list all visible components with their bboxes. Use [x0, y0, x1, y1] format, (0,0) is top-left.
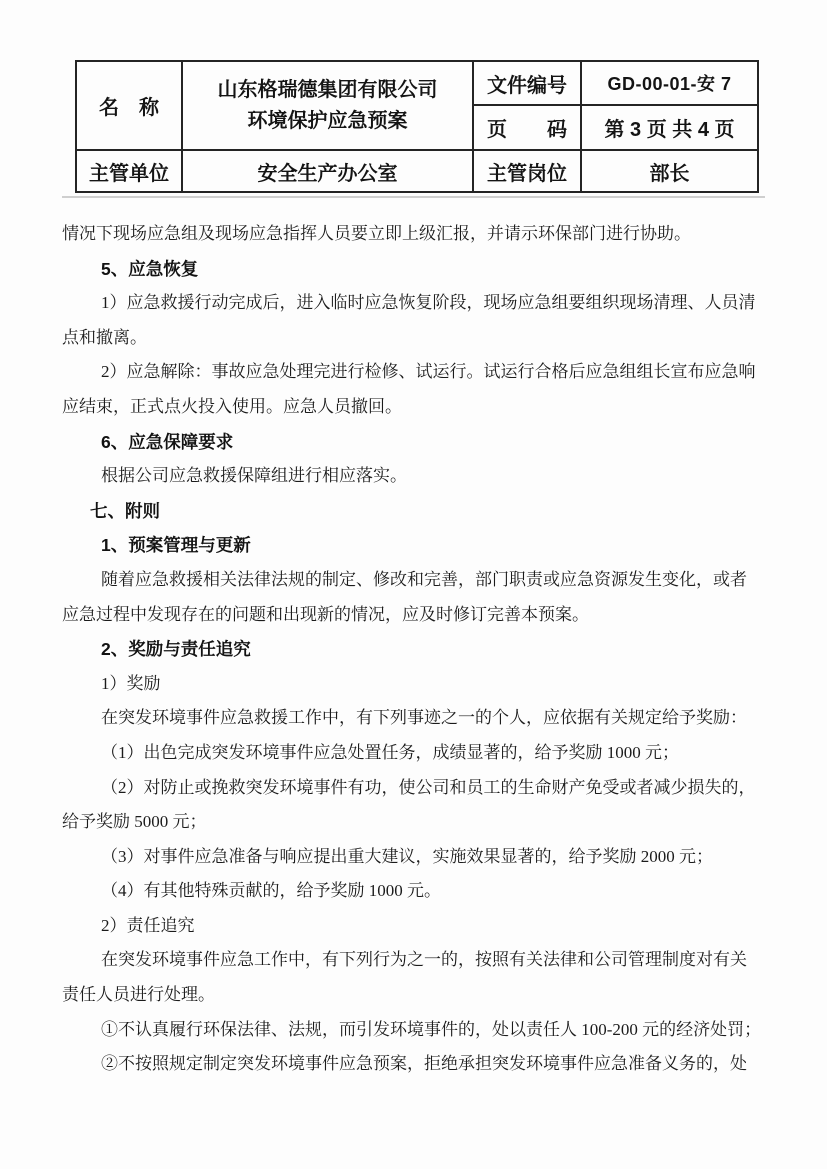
- text-line: 2、奖励与责任追究: [62, 632, 772, 667]
- page-value-cell: 第 3 页 共 4 页: [581, 105, 758, 150]
- document-page: 名 称 山东格瑞德集团有限公司 环境保护应急预案 文件编号 GD-00-01-安…: [0, 0, 827, 1169]
- text-line: 根据公司应急救援保障组进行相应落实。: [62, 459, 772, 494]
- post-value-cell: 部长: [581, 150, 758, 192]
- table-shadow-line: [62, 196, 765, 198]
- text-line: （4）有其他特殊贡献的，给予奖励 1000 元。: [62, 874, 772, 909]
- text-line: 应急过程中发现存在的问题和出现新的情况，应及时修订完善本预案。: [62, 598, 772, 633]
- dept-value-cell: 安全生产办公室: [182, 150, 473, 192]
- text-line: 1）奖励: [62, 667, 772, 702]
- text-line: 2）应急解除：事故应急处理完进行检修、试运行。试运行合格后应急组组长宣布应急响: [62, 355, 772, 390]
- text-line: 七、附则: [62, 494, 772, 529]
- text-line: 5、应急恢复: [62, 252, 772, 287]
- text-line: 2）责任追究: [62, 909, 772, 944]
- doc-no-value-cell: GD-00-01-安 7: [581, 61, 758, 105]
- text-line: 在突发环境事件应急救援工作中，有下列事迹之一的个人，应依据有关规定给予奖励：: [62, 701, 772, 736]
- text-line: （2）对防止或挽救突发环境事件有功，使公司和员工的生命财产免受或者减少损失的，: [62, 771, 772, 806]
- text-line: ②不按照规定制定突发环境事件应急预案，拒绝承担突发环境事件应急准备义务的，处: [62, 1047, 772, 1082]
- text-line: ①不认真履行环保法律、法规，而引发环境事件的，处以责任人 100-200 元的经…: [62, 1013, 772, 1048]
- text-line: 6、应急保障要求: [62, 425, 772, 460]
- text-line: 在突发环境事件应急工作中，有下列行为之一的，按照有关法律和公司管理制度对有关: [62, 943, 772, 978]
- document-title-line1: 山东格瑞德集团有限公司: [183, 75, 472, 106]
- document-title-line2: 环境保护应急预案: [183, 106, 472, 137]
- post-label-cell: 主管岗位: [473, 150, 581, 192]
- name-label-cell: 名 称: [76, 61, 182, 150]
- text-line: 应结束，正式点火投入使用。应急人员撤回。: [62, 390, 772, 425]
- text-line: 点和撤离。: [62, 321, 772, 356]
- doc-no-label-cell: 文件编号: [473, 61, 581, 105]
- text-line: （1）出色完成突发环境事件应急处置任务，成绩显著的，给予奖励 1000 元；: [62, 736, 772, 771]
- body-text: 情况下现场应急组及现场应急指挥人员要立即上级汇报，并请示环保部门进行协助。5、应…: [62, 217, 772, 1082]
- text-line: 随着应急救援相关法律法规的制定、修改和完善，部门职责或应急资源发生变化，或者: [62, 563, 772, 598]
- page-label-cell: 页 码: [473, 105, 581, 150]
- document-header-table: 名 称 山东格瑞德集团有限公司 环境保护应急预案 文件编号 GD-00-01-安…: [75, 60, 759, 193]
- text-line: （3）对事件应急准备与响应提出重大建议，实施效果显著的，给予奖励 2000 元；: [62, 840, 772, 875]
- text-line: 给予奖励 5000 元；: [62, 805, 772, 840]
- text-line: 1）应急救援行动完成后，进入临时应急恢复阶段，现场应急组要组织现场清理、人员清: [62, 286, 772, 321]
- text-line: 情况下现场应急组及现场应急指挥人员要立即上级汇报，并请示环保部门进行协助。: [62, 217, 772, 252]
- document-title-cell: 山东格瑞德集团有限公司 环境保护应急预案: [182, 61, 473, 150]
- dept-label-cell: 主管单位: [76, 150, 182, 192]
- text-line: 责任人员进行处理。: [62, 978, 772, 1013]
- text-line: 1、预案管理与更新: [62, 528, 772, 563]
